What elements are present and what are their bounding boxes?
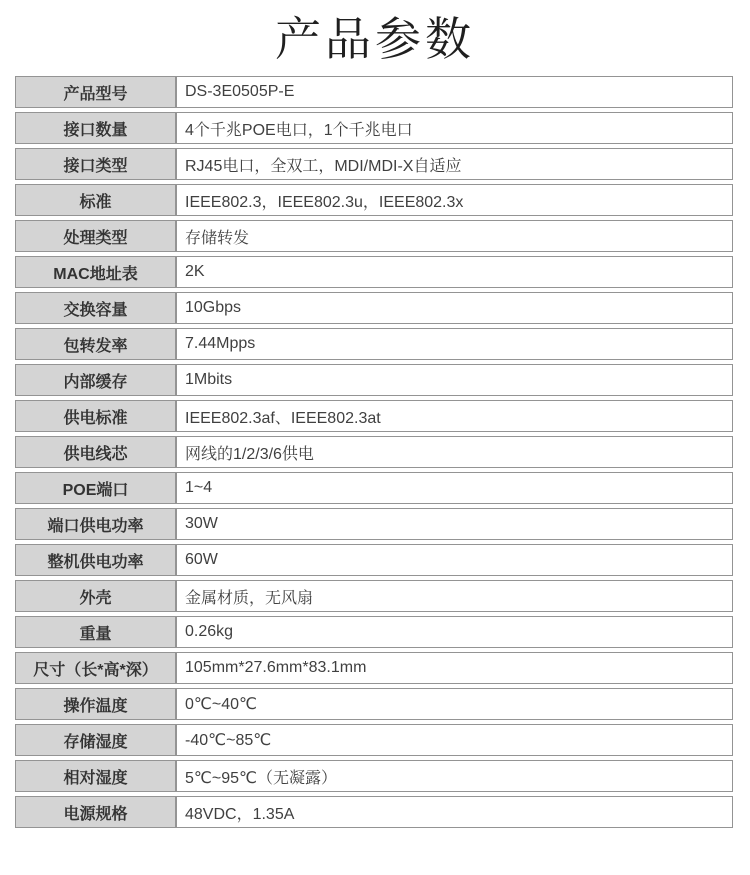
spec-value: 存储转发 [176,220,733,252]
table-row: 包转发率 7.44Mpps [15,328,733,360]
spec-label: 内部缓存 [15,364,176,396]
spec-label: 重量 [15,616,176,648]
table-row: 重量 0.26kg [15,616,733,648]
table-row: MAC地址表 2K [15,256,733,288]
spec-value: RJ45电口，全双工，MDI/MDI-X自适应 [176,148,733,180]
spec-value: 金属材质，无风扇 [176,580,733,612]
spec-label: MAC地址表 [15,256,176,288]
table-row: 操作温度 0℃~40℃ [15,688,733,720]
spec-value: IEEE802.3，IEEE802.3u，IEEE802.3x [176,184,733,216]
spec-label: 端口供电功率 [15,508,176,540]
spec-value: 105mm*27.6mm*83.1mm [176,652,733,684]
spec-label: 包转发率 [15,328,176,360]
table-row: 相对湿度 5℃~95℃（无凝露） [15,760,733,792]
spec-label: 处理类型 [15,220,176,252]
table-row: 交换容量 10Gbps [15,292,733,324]
spec-value: 30W [176,508,733,540]
table-row: 外壳 金属材质，无风扇 [15,580,733,612]
table-row: 接口数量 4个千兆POE电口，1个千兆电口 [15,112,733,144]
spec-value: 网线的1/2/3/6供电 [176,436,733,468]
spec-value: 0.26kg [176,616,733,648]
spec-value: 48VDC，1.35A [176,796,733,828]
spec-label: 操作温度 [15,688,176,720]
spec-label: 相对湿度 [15,760,176,792]
spec-value: -40℃~85℃ [176,724,733,756]
spec-value: 60W [176,544,733,576]
spec-value: IEEE802.3af、IEEE802.3at [176,400,733,432]
spec-label: 交换容量 [15,292,176,324]
spec-label: 接口数量 [15,112,176,144]
spec-label: 供电线芯 [15,436,176,468]
spec-label: 尺寸（长*高*深） [15,652,176,684]
spec-label: 标准 [15,184,176,216]
table-row: 整机供电功率 60W [15,544,733,576]
table-row: 尺寸（长*高*深） 105mm*27.6mm*83.1mm [15,652,733,684]
table-row: POE端口 1~4 [15,472,733,504]
product-spec-page: 产品参数 产品型号 DS-3E0505P-E 接口数量 4个千兆POE电口，1个… [0,0,750,875]
table-row: 接口类型 RJ45电口，全双工，MDI/MDI-X自适应 [15,148,733,180]
spec-value: 1~4 [176,472,733,504]
table-row: 处理类型 存储转发 [15,220,733,252]
spec-value: DS-3E0505P-E [176,76,733,108]
table-row: 存储湿度 -40℃~85℃ [15,724,733,756]
spec-value: 0℃~40℃ [176,688,733,720]
table-row: 内部缓存 1Mbits [15,364,733,396]
spec-label: 存储湿度 [15,724,176,756]
spec-value: 5℃~95℃（无凝露） [176,760,733,792]
page-title: 产品参数 [0,0,750,72]
spec-value: 1Mbits [176,364,733,396]
table-row: 供电标准 IEEE802.3af、IEEE802.3at [15,400,733,432]
spec-value: 4个千兆POE电口，1个千兆电口 [176,112,733,144]
spec-label: 产品型号 [15,76,176,108]
spec-table: 产品型号 DS-3E0505P-E 接口数量 4个千兆POE电口，1个千兆电口 … [15,72,733,832]
spec-label: 整机供电功率 [15,544,176,576]
spec-label: 外壳 [15,580,176,612]
table-row: 供电线芯 网线的1/2/3/6供电 [15,436,733,468]
spec-value: 7.44Mpps [176,328,733,360]
spec-label: 接口类型 [15,148,176,180]
table-row: 产品型号 DS-3E0505P-E [15,76,733,108]
spec-value: 2K [176,256,733,288]
spec-label: 供电标准 [15,400,176,432]
table-row: 端口供电功率 30W [15,508,733,540]
table-row: 电源规格 48VDC，1.35A [15,796,733,828]
spec-label: 电源规格 [15,796,176,828]
spec-value: 10Gbps [176,292,733,324]
table-row: 标准 IEEE802.3，IEEE802.3u，IEEE802.3x [15,184,733,216]
spec-label: POE端口 [15,472,176,504]
